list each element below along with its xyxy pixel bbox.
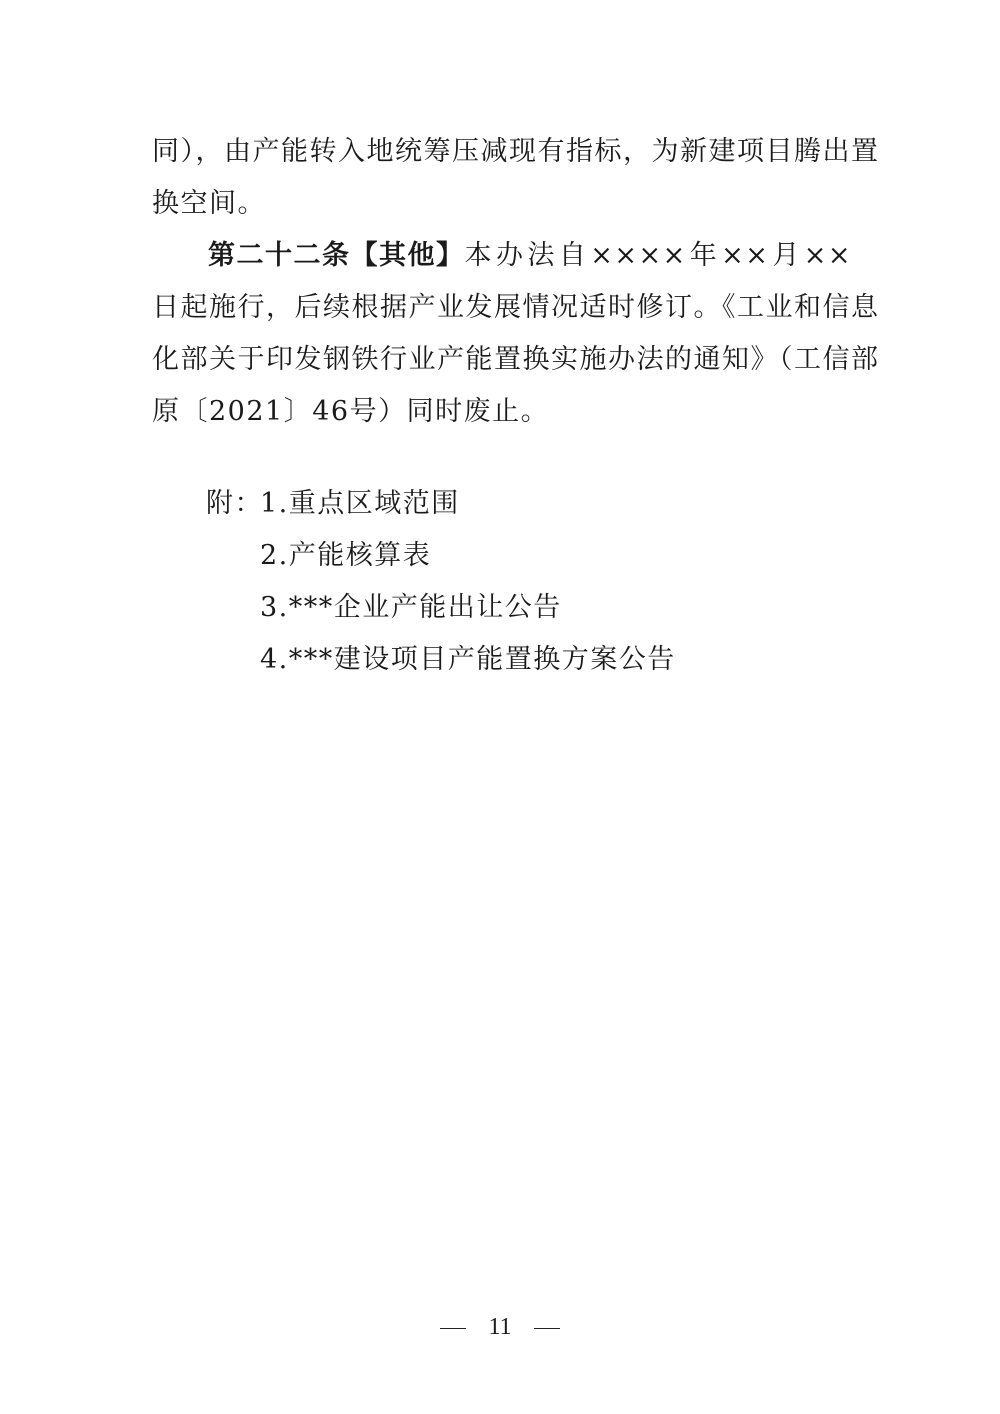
paragraph-line: 换空间。 [152, 184, 852, 224]
article-line: 原〔2021〕46号）同时废止。 [152, 392, 852, 432]
page-number: 11 [488, 1314, 511, 1340]
attachment-item: 1.重点区域范围 [260, 484, 460, 524]
attachments-label: 附： [206, 484, 263, 524]
article-text: 本办法自××××年××月×× [465, 236, 853, 276]
attachment-item: 3.***企业产能出让公告 [260, 588, 562, 628]
attachment-item: 2.产能核算表 [260, 536, 431, 576]
article-22-first-line: 第二十二条【其他】 本办法自××××年××月×× [208, 236, 852, 276]
paragraph-line: 同），由产能转入地统筹压减现有指标，为新建项目腾出置 [152, 132, 852, 172]
article-line: 化部关于印发钢铁行业产能置换实施办法的通知》（工信部 [152, 340, 852, 380]
document-page: 同），由产能转入地统筹压减现有指标，为新建项目腾出置 换空间。 第二十二条【其他… [0, 0, 1000, 1414]
page-footer: 11 [0, 1312, 1000, 1342]
article-line: 日起施行，后续根据产业发展情况适时修订。《工业和信息 [152, 288, 852, 328]
attachment-item: 4.***建设项目产能置换方案公告 [260, 640, 676, 680]
dash-right [534, 1328, 560, 1330]
dash-left [440, 1328, 466, 1330]
article-heading: 第二十二条【其他】 [208, 236, 465, 276]
